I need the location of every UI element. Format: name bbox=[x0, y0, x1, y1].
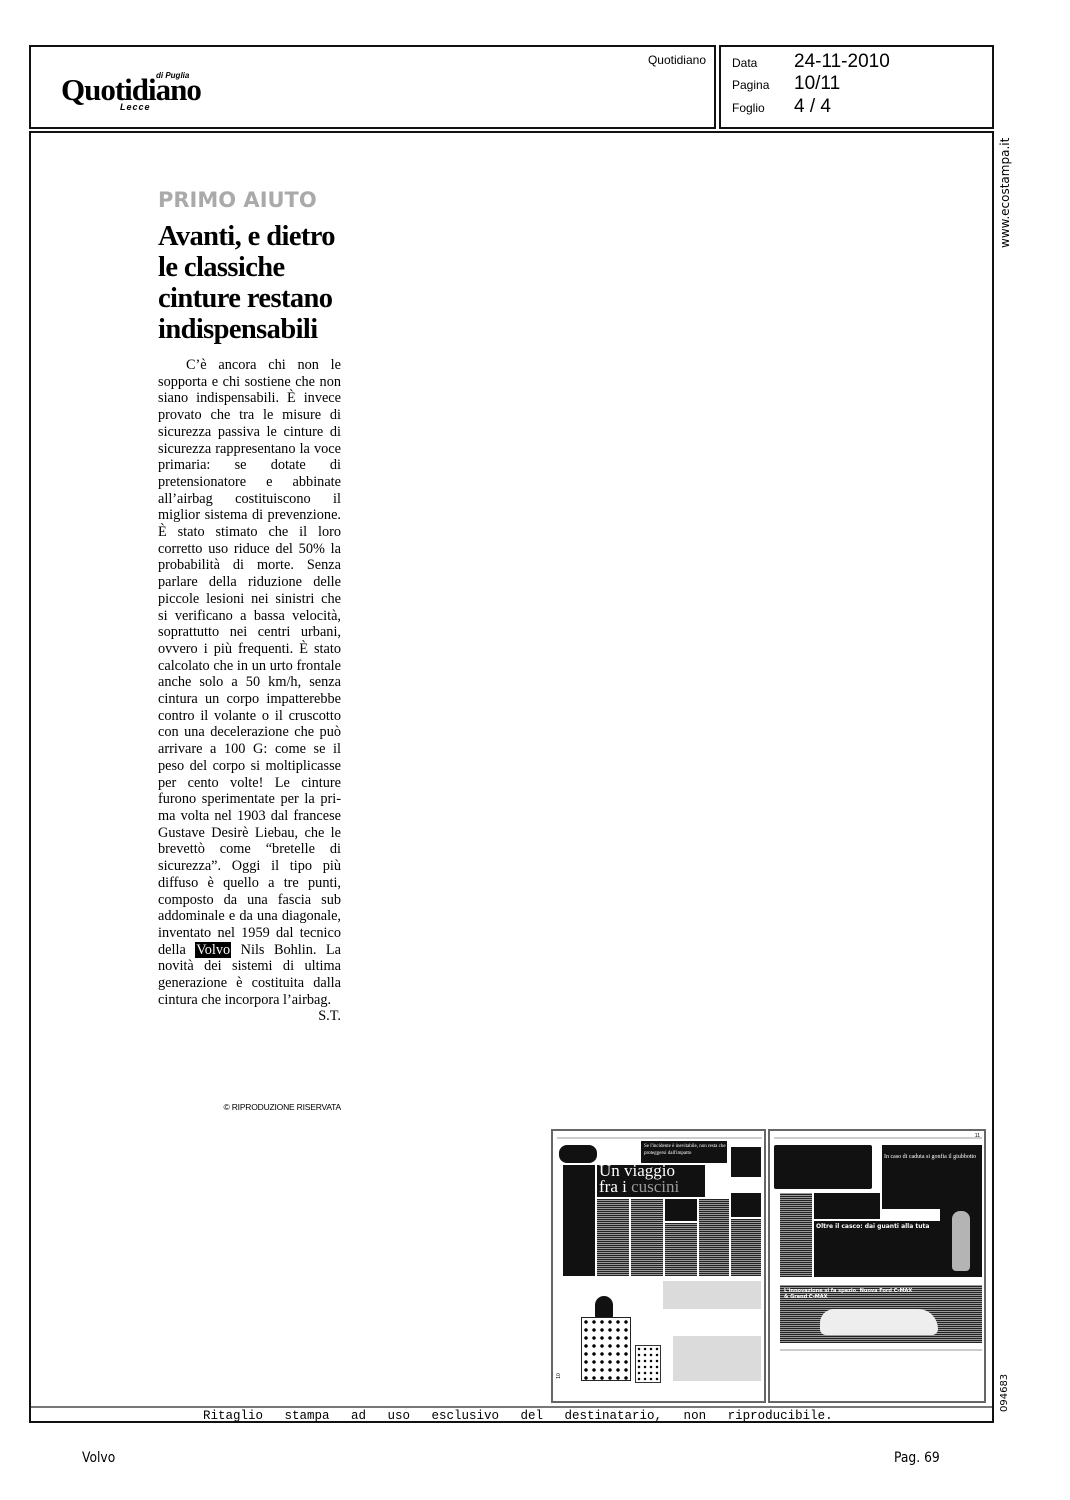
ad-dog bbox=[635, 1345, 661, 1383]
meta-label: Data bbox=[732, 56, 794, 70]
meta-value: 24-11-2010 bbox=[794, 51, 890, 73]
ad-banner-dotted bbox=[663, 1281, 761, 1309]
photo-eye bbox=[731, 1193, 761, 1217]
thumb-column bbox=[665, 1223, 697, 1276]
notice-bar: Ritaglio stampa ad uso esclusivo del des… bbox=[31, 1406, 992, 1425]
newspaper-logo: Quotidiano di Puglia Lecce bbox=[61, 75, 201, 105]
thumb-column bbox=[563, 1165, 595, 1276]
article-headline: Avanti, e dietro le classiche cinture re… bbox=[158, 221, 358, 345]
thumb-column bbox=[597, 1199, 629, 1276]
thumb-column bbox=[731, 1219, 761, 1276]
article-body-text: C’è ancora chi non le sopporta e chi sos… bbox=[158, 357, 341, 958]
footer-keyword: Volvo bbox=[82, 1450, 115, 1466]
meta-date: Data 24-11-2010 bbox=[732, 51, 890, 73]
section-logo bbox=[559, 1145, 597, 1163]
logo-edition: Lecce bbox=[120, 102, 151, 112]
logo-superscript: di Puglia bbox=[156, 71, 189, 80]
page-thumbnail-11: In caso di caduta si gonfia il giubbotto… bbox=[768, 1129, 986, 1403]
thumb-rule bbox=[557, 1137, 762, 1139]
footer-page-number: Pag. 69 bbox=[894, 1450, 940, 1466]
thumb-column bbox=[631, 1199, 663, 1276]
clipping-code: 094683 bbox=[999, 1374, 1010, 1412]
ad-figure-hair bbox=[595, 1296, 613, 1318]
ecostampa-link[interactable]: www.ecostampa.it bbox=[998, 138, 1012, 248]
page-thumbnail-10: Se l'incidente è inevitabile, non resta … bbox=[551, 1129, 766, 1403]
meta-sheet: Foglio 4 / 4 bbox=[732, 96, 831, 118]
meta-value: 4 / 4 bbox=[794, 96, 831, 118]
keyword-highlight: Volvo bbox=[195, 942, 231, 958]
car-shape bbox=[820, 1309, 938, 1335]
thumb-rule bbox=[774, 1137, 982, 1139]
photo-person bbox=[665, 1199, 697, 1221]
article-signature: S.T. bbox=[290, 1008, 341, 1025]
metadata-box: Data 24-11-2010 Pagina 10/11 Foglio 4 / … bbox=[719, 45, 994, 129]
clipping-frame: PRIMO AIUTO Avanti, e dietro le classich… bbox=[29, 131, 994, 1423]
clipping-notice: Ritaglio stampa ad uso esclusivo del des… bbox=[203, 1409, 833, 1423]
publication-label: Quotidiano bbox=[648, 53, 706, 67]
thumb-feature-box: Oltre il casco: dai guanti alla tuta bbox=[814, 1221, 940, 1277]
photo-bike bbox=[814, 1193, 880, 1219]
thumb-column bbox=[780, 1193, 812, 1277]
meta-value: 10/11 bbox=[794, 73, 840, 95]
article-body: C’è ancora chi non le sopporta e chi sos… bbox=[158, 357, 341, 1025]
copyright-notice: © RIPRODUZIONE RISERVATA bbox=[158, 1102, 341, 1112]
masthead-box: Quotidiano di Puglia Lecce Quotidiano bbox=[29, 45, 716, 129]
article-kicker: PRIMO AIUTO bbox=[158, 188, 317, 212]
thumb-story-box: In caso di caduta si gonfia il giubbotto bbox=[882, 1145, 982, 1209]
photo-skeleton bbox=[940, 1205, 982, 1277]
teaser-box: Se l'incidente è inevitabile, non resta … bbox=[641, 1141, 727, 1163]
meta-label: Pagina bbox=[732, 78, 794, 92]
thumb-headline-box: Un viaggio fra i cuscini bbox=[597, 1165, 705, 1197]
photo-motorcyclist bbox=[774, 1145, 872, 1189]
meta-page: Pagina 10/11 bbox=[732, 73, 840, 95]
thumb-rule bbox=[780, 1349, 982, 1351]
meta-label: Foglio bbox=[732, 101, 794, 115]
car-ad-image: L'innovazione si fa spazio. Nuova Ford C… bbox=[780, 1285, 982, 1343]
thumb-column bbox=[699, 1199, 729, 1276]
ad-speckle bbox=[673, 1336, 761, 1381]
ad-figure-coat bbox=[581, 1317, 631, 1381]
photo-hand bbox=[731, 1147, 761, 1177]
